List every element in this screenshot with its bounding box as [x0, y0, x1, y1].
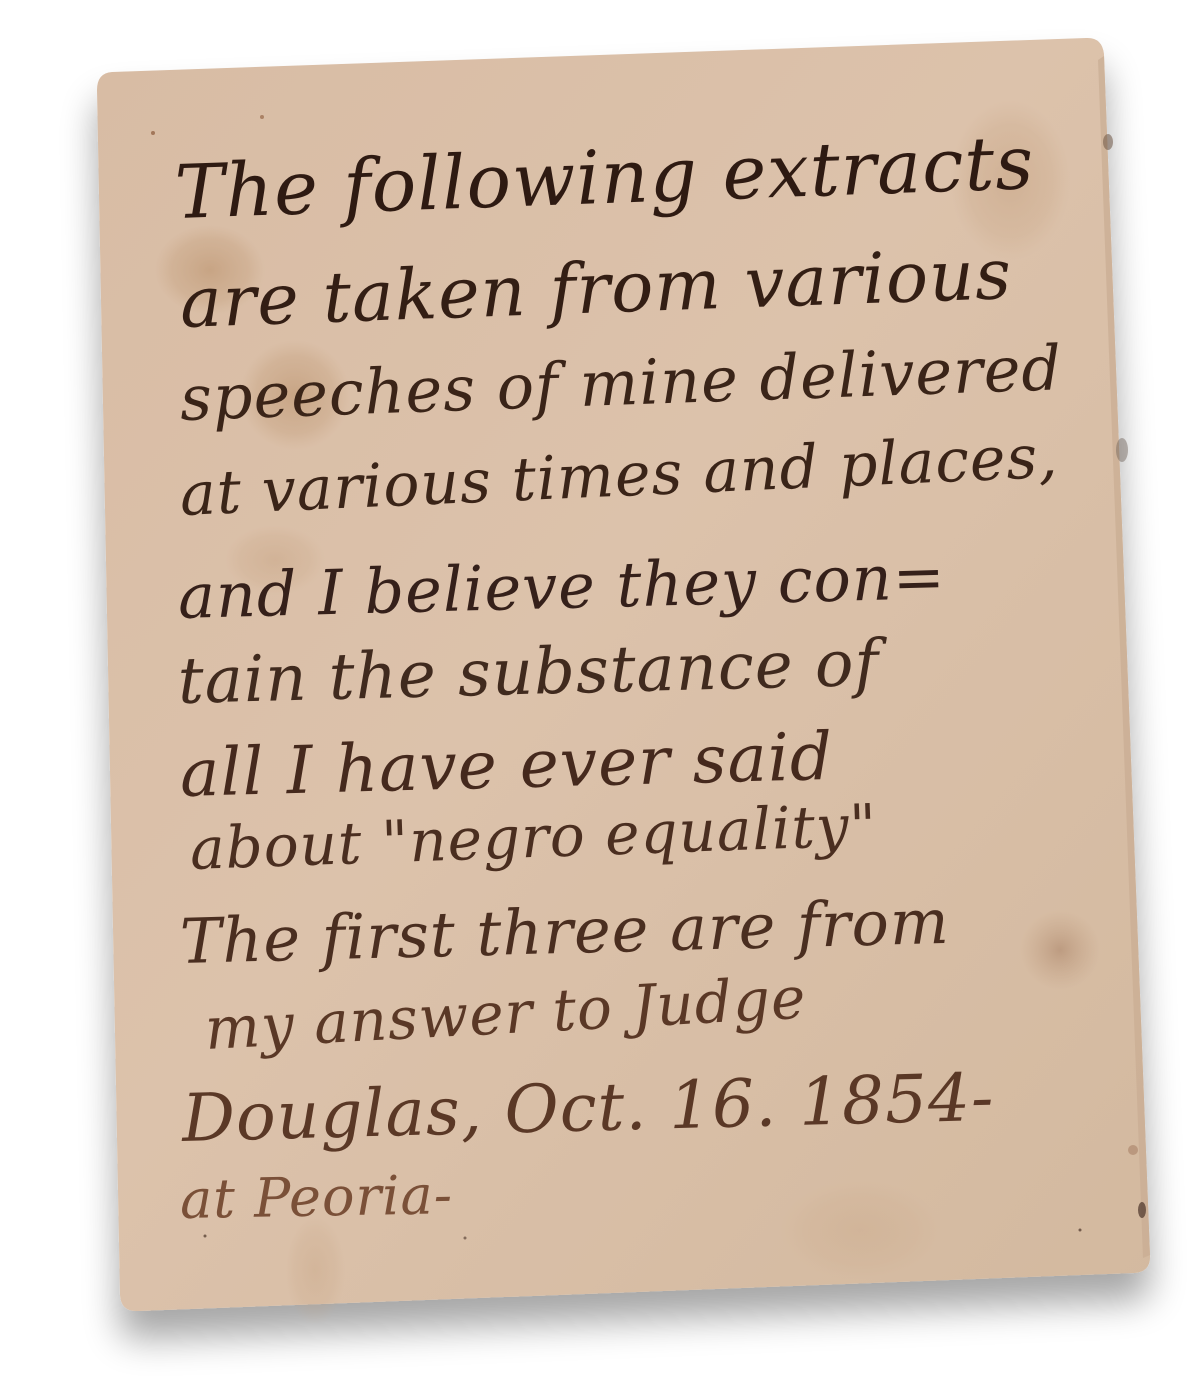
water-stain	[950, 100, 1070, 260]
water-stain	[780, 1180, 940, 1280]
document-stage: The following extracts are taken from va…	[0, 0, 1188, 1395]
water-stain	[285, 1215, 345, 1325]
paper-card	[0, 0, 1188, 1395]
water-stain	[1020, 910, 1100, 990]
water-stain	[240, 340, 350, 450]
water-stain	[225, 525, 325, 595]
water-stain	[155, 225, 265, 315]
